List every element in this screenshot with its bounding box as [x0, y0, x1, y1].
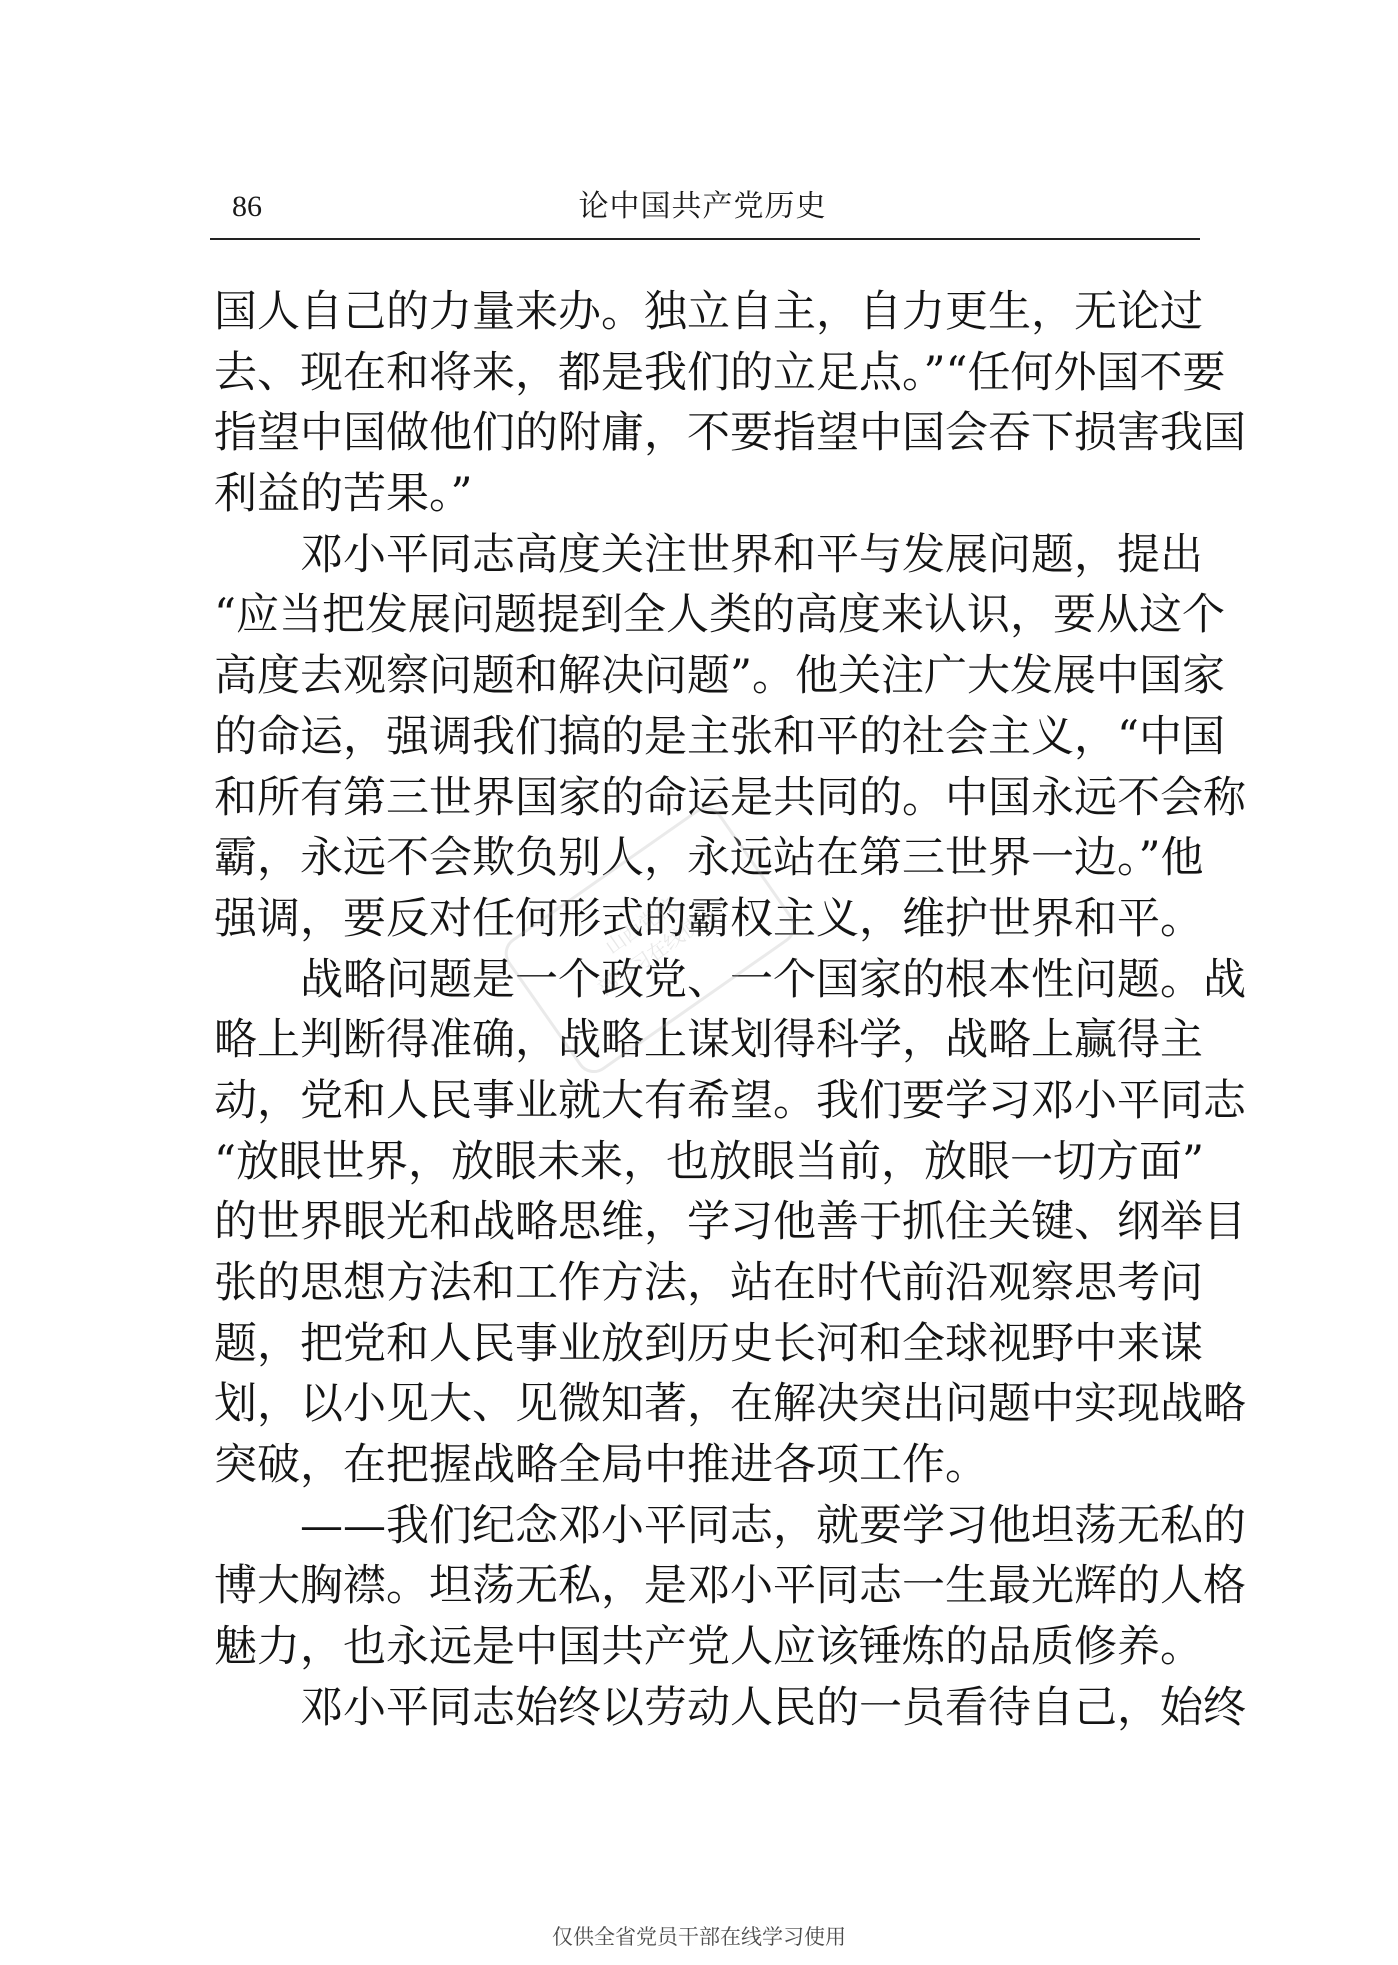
paragraph-start-line: 邓小平同志高度关注世界和平与发展问题，提出 — [214, 525, 1194, 586]
text-line: 霸，永远不会欺负别人，永远站在第三世界一边。”他 — [214, 828, 1194, 889]
text-line: 博大胸襟。坦荡无私，是邓小平同志一生最光辉的人格 — [214, 1556, 1194, 1617]
text-line: “放眼世界，放眼未来，也放眼当前，放眼一切方面” — [214, 1132, 1194, 1193]
text-line: 高度去观察问题和解决问题”。他关注广大发展中国家 — [214, 646, 1194, 707]
paragraph-start-line: 邓小平同志始终以劳动人民的一员看待自己，始终 — [214, 1678, 1194, 1739]
text-line: 的命运，强调我们搞的是主张和平的社会主义，“中国 — [214, 707, 1194, 768]
text-line: 动，党和人民事业就大有希望。我们要学习邓小平同志 — [214, 1071, 1194, 1132]
paragraph-start-line: 战略问题是一个政党、一个国家的根本性问题。战 — [214, 950, 1194, 1011]
text-line: 划，以小见大、见微知著，在解决突出问题中实现战略 — [214, 1374, 1194, 1435]
text-line: 和所有第三世界国家的命运是共同的。中国永远不会称 — [214, 768, 1194, 829]
text-line: 突破，在把握战略全局中推进各项工作。 — [214, 1435, 1194, 1496]
body-text: 国人自己的力量来办。独立自主，自力更生，无论过 去、现在和将来，都是我们的立足点… — [214, 282, 1194, 1739]
document-page: 86 论中国共产党历史 国人自己的力量来办。独立自主，自力更生，无论过 去、现在… — [0, 0, 1398, 1965]
text-line: 魅力，也永远是中国共产党人应该锤炼的品质修养。 — [214, 1617, 1194, 1678]
text-line: 张的思想方法和工作方法，站在时代前沿观察思考问 — [214, 1253, 1194, 1314]
text-line: 略上判断得准确，战略上谋划得科学，战略上赢得主 — [214, 1010, 1194, 1071]
text-line: “应当把发展问题提到全人类的高度来认识，要从这个 — [214, 585, 1194, 646]
text-line: 去、现在和将来，都是我们的立足点。”“任何外国不要 — [214, 343, 1194, 404]
running-header: 86 论中国共产党历史 — [210, 185, 1195, 235]
text-line: 指望中国做他们的附庸，不要指望中国会吞下损害我国 — [214, 403, 1194, 464]
text-line: 题，把党和人民事业放到历史长河和全球视野中来谋 — [214, 1314, 1194, 1375]
header-rule — [210, 238, 1200, 240]
text-line: 国人自己的力量来办。独立自主，自力更生，无论过 — [214, 282, 1194, 343]
paragraph-start-line: ——我们纪念邓小平同志，就要学习他坦荡无私的 — [214, 1496, 1194, 1557]
book-title: 论中国共产党历史 — [210, 187, 1195, 227]
text-line: 利益的苦果。” — [214, 464, 1194, 525]
text-line: 强调，要反对任何形式的霸权主义，维护世界和平。 — [214, 889, 1194, 950]
footer-usage-note: 仅供全省党员干部在线学习使用 — [0, 1922, 1398, 1952]
text-line: 的世界眼光和战略思维，学习他善于抓住关键、纲举目 — [214, 1192, 1194, 1253]
